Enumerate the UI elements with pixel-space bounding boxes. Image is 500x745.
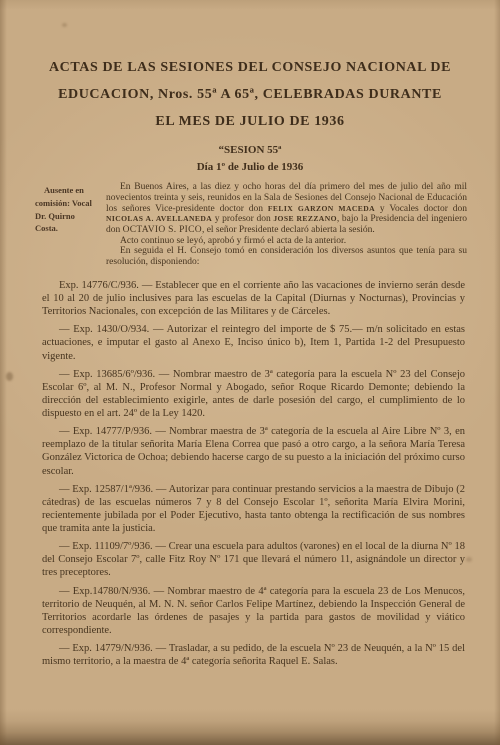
title-line: EDUCACION, Nros. 55ª A 65ª, CELEBRADAS D… (0, 81, 500, 108)
resolution-paragraph: — Exp. 11109/7º/936. — Crear una escuela… (42, 540, 465, 579)
resolution-paragraph: — Exp. 14777/P/936. — Nombrar maestra de… (42, 425, 465, 478)
person-name: NICOLAS A. AVELLANEDA (106, 214, 212, 223)
opening-paragraph: Acto continuo se leyó, aprobó y firmó el… (106, 236, 467, 247)
resolution-paragraph: — Exp.14780/N/936. — Nombrar maestro de … (42, 585, 465, 638)
opening-text: En Buenos Aires, a las diez y ocho horas… (106, 182, 467, 268)
margin-note: Ausente en comisión: Vocal Dr. Quirno Co… (35, 182, 97, 268)
session-heading: “SESION 55ª (0, 142, 500, 159)
session-date: Día 1º de Julio de 1936 (0, 159, 500, 176)
person-name: JOSE REZZANO (273, 214, 337, 223)
opening-section: Ausente en comisión: Vocal Dr. Quirno Co… (0, 182, 500, 268)
title-line: EL MES DE JULIO DE 1936 (0, 108, 500, 135)
resolution-paragraph: Exp. 14776/C/936. — Establecer que en el… (42, 279, 465, 318)
document-page: ACTAS DE LAS SESIONES DEL CONSEJO NACION… (0, 0, 500, 745)
resolution-paragraph: — Exp. 14779/N/936. — Trasladar, a su pe… (42, 642, 465, 668)
person-name: FELIX GARZON MACEDA (268, 204, 375, 213)
resolutions-section: Exp. 14776/C/936. — Establecer que en el… (0, 279, 500, 668)
document-title: ACTAS DE LAS SESIONES DEL CONSEJO NACION… (0, 0, 500, 135)
session-header: “SESION 55ª Día 1º de Julio de 1936 (0, 142, 500, 175)
person-name: OCTAVIO S. PICO (123, 225, 202, 235)
resolution-paragraph: — Exp. 1430/O/934. — Autorizar el reinte… (42, 323, 465, 362)
opening-paragraph: En seguida el H. Consejo tomó en conside… (106, 246, 467, 267)
opening-paragraph: En Buenos Aires, a las diez y ocho horas… (106, 182, 467, 236)
resolution-paragraph: — Exp. 13685/6º/936. — Nombrar maestro d… (42, 368, 465, 421)
title-line: ACTAS DE LAS SESIONES DEL CONSEJO NACION… (0, 54, 500, 81)
resolution-paragraph: — Exp. 12587/1ª/936. — Autorizar para co… (42, 483, 465, 536)
